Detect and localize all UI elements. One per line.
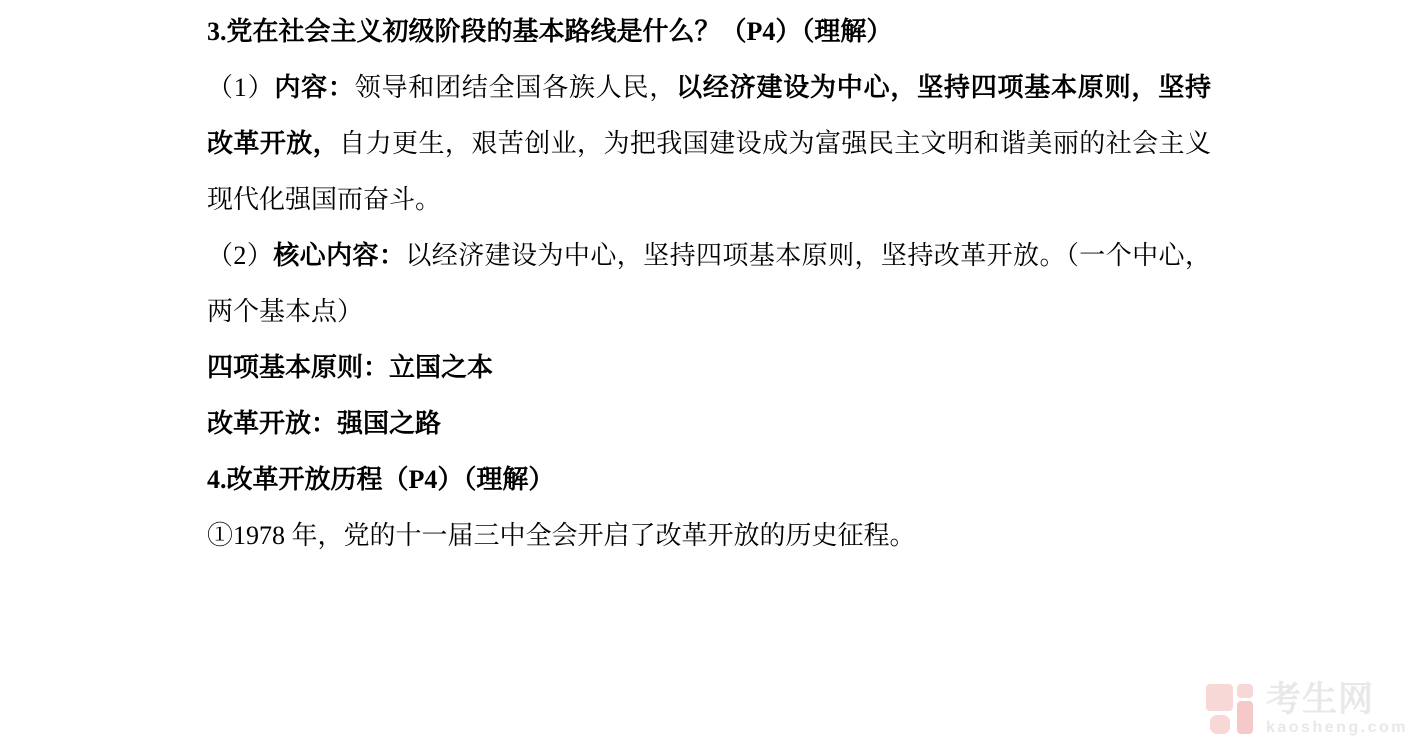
watermark-brand-name: 考生网 bbox=[1266, 682, 1408, 717]
text-run: 改革开放， bbox=[207, 129, 339, 158]
kaosheng-watermark: 考生网 kaosheng.com bbox=[1203, 681, 1408, 737]
text-run: 核心内容： bbox=[273, 241, 405, 270]
text-run: 3.党在社会主义初级阶段的基本路线是什么？（P4）（理解） bbox=[207, 17, 892, 46]
text-line-four-principles: 四项基本原则：立国之本 bbox=[207, 340, 1211, 396]
text-line-question-4: 4.改革开放历程（P4）（理解） bbox=[207, 452, 1211, 508]
text-run: 4.改革开放历程（P4）（理解） bbox=[207, 465, 554, 494]
text-run: （2） bbox=[207, 241, 273, 270]
logo-block bbox=[1206, 684, 1233, 711]
text-run: 以经济建设为中心，坚持四项基本原则，坚持改革开放。（一个中心， bbox=[405, 241, 1211, 270]
text-line-content-2: 改革开放，自力更生，艰苦创业，为把我国建设成为富强民主文明和谐美丽的社会主义 bbox=[207, 116, 1211, 172]
text-line-content-1: （1）内容：领导和团结全国各族人民，以经济建设为中心，坚持四项基本原则，坚持 bbox=[207, 60, 1211, 116]
text-run: 改革开放：强国之路 bbox=[207, 409, 441, 438]
watermark-domain: kaosheng.com bbox=[1266, 720, 1408, 736]
text-run: 现代化强国而奋斗。 bbox=[207, 185, 441, 214]
text-line-question-3: 3.党在社会主义初级阶段的基本路线是什么？（P4）（理解） bbox=[207, 4, 1211, 60]
text-run: 四项基本原则：立国之本 bbox=[207, 353, 493, 382]
logo-block bbox=[1237, 684, 1253, 698]
watermark-text: 考生网 kaosheng.com bbox=[1266, 682, 1408, 736]
text-line-point-1978: ①1978 年，党的十一届三中全会开启了改革开放的历史征程。 bbox=[207, 508, 1211, 564]
text-run: 内容： bbox=[274, 73, 354, 102]
text-line-core-content-1: （2）核心内容：以经济建设为中心，坚持四项基本原则，坚持改革开放。（一个中心， bbox=[207, 228, 1211, 284]
text-run: 以经济建设为中心，坚持四项基本原则，坚持 bbox=[676, 73, 1211, 102]
text-line-core-content-2: 两个基本点） bbox=[207, 284, 1211, 340]
text-run: ①1978 年，党的十一届三中全会开启了改革开放的历史征程。 bbox=[207, 521, 916, 550]
text-line-content-3: 现代化强国而奋斗。 bbox=[207, 172, 1211, 228]
logo-block bbox=[1237, 701, 1253, 734]
document-body: 3.党在社会主义初级阶段的基本路线是什么？（P4）（理解） （1）内容：领导和团… bbox=[207, 4, 1211, 564]
text-run: 领导和团结全国各族人民， bbox=[355, 73, 676, 102]
text-run: 自力更生，艰苦创业，为把我国建设成为富强民主文明和谐美丽的社会主义 bbox=[339, 129, 1211, 158]
text-run: （1） bbox=[207, 73, 274, 102]
kaosheng-logo-icon bbox=[1203, 681, 1259, 737]
text-line-reform-opening: 改革开放：强国之路 bbox=[207, 396, 1211, 452]
logo-block bbox=[1210, 715, 1230, 734]
text-run: 两个基本点） bbox=[207, 297, 363, 326]
